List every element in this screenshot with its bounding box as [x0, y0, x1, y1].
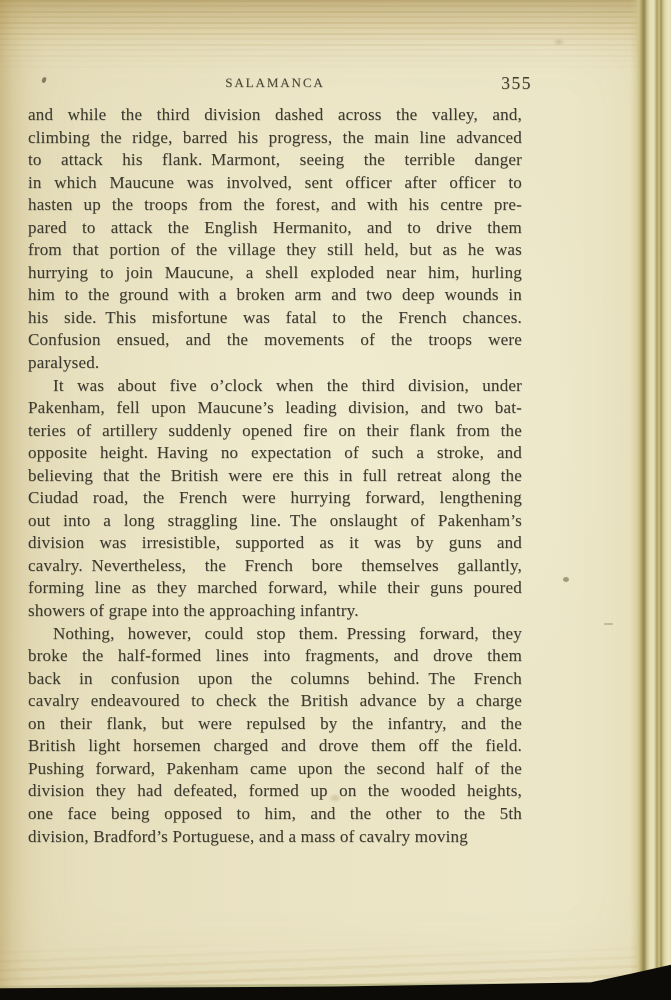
paper-speck	[563, 577, 569, 582]
page-bottom-curl	[0, 942, 637, 988]
book-page: SALAMANCA 355 and while the third divisi…	[0, 0, 671, 1000]
paragraph: Nothing, however, could stop them. Press…	[28, 623, 522, 848]
running-title: SALAMANCA	[28, 75, 522, 91]
text-line: pared to attack the English Hermanito, a…	[28, 217, 522, 240]
text-line: one face being opposed to him, and the o…	[28, 803, 522, 826]
text-line: hasten up the troops from the forest, an…	[28, 194, 522, 217]
text-line: to attack his flank. Marmont, seeing the…	[28, 149, 522, 172]
text-line: British light horsemen charged and drove…	[28, 735, 522, 758]
text-line: believing that the British were ere this…	[28, 465, 522, 488]
text-line: division was irresistible, supported as …	[28, 532, 522, 555]
text-line: Pushing forward, Pakenham came upon the …	[28, 758, 522, 781]
paper-speck	[604, 623, 613, 625]
text-line: on their flank, but were repulsed by the…	[28, 713, 522, 736]
text-line: It was about five o’clock when the third…	[28, 375, 522, 398]
text-line: cavalry endeavoured to check the British…	[28, 690, 522, 713]
text-line: Pakenham, fell upon Maucune’s leading di…	[28, 397, 522, 420]
running-header: SALAMANCA 355	[28, 73, 522, 93]
text-line: and while the third division dashed acro…	[28, 104, 522, 127]
text-line: division they had defeated, formed up on…	[28, 780, 522, 803]
text-line: broke the half-formed lines into fragmen…	[28, 645, 522, 668]
body-text: and while the third division dashed acro…	[28, 104, 522, 848]
text-line: back in confusion upon the columns behin…	[28, 668, 522, 691]
text-line: paralysed.	[28, 352, 522, 375]
text-line: Nothing, however, could stop them. Press…	[28, 623, 522, 646]
text-line: in which Maucune was involved, sent offi…	[28, 172, 522, 195]
text-line: him to the ground with a broken arm and …	[28, 284, 522, 307]
text-line: division, Bradford’s Portuguese, and a m…	[28, 826, 522, 849]
text-line: his side. This misfortune was fatal to t…	[28, 307, 522, 330]
text-line: from that portion of the village they st…	[28, 239, 522, 262]
page-edge-stack	[630, 0, 671, 1000]
text-line: opposite height. Having no expectation o…	[28, 442, 522, 465]
text-line: climbing the ridge, barred his progress,…	[28, 127, 522, 150]
page-top-shadow	[0, 0, 671, 72]
text-line: Confusion ensued, and the movements of t…	[28, 329, 522, 352]
paragraph: and while the third division dashed acro…	[28, 104, 522, 375]
page-number: 355	[501, 73, 532, 94]
text-line: showers of grape into the approaching in…	[28, 600, 522, 623]
text-line: teries of artillery suddenly opened fire…	[28, 420, 522, 443]
text-line: Ciudad road, the French were hurrying fo…	[28, 487, 522, 510]
text-line: hurrying to join Maucune, a shell explod…	[28, 262, 522, 285]
text-line: out into a long straggling line. The ons…	[28, 510, 522, 533]
paragraph: It was about five o’clock when the third…	[28, 375, 522, 623]
text-line: forming line as they marched forward, wh…	[28, 577, 522, 600]
text-line: cavalry. Nevertheless, the French bore t…	[28, 555, 522, 578]
